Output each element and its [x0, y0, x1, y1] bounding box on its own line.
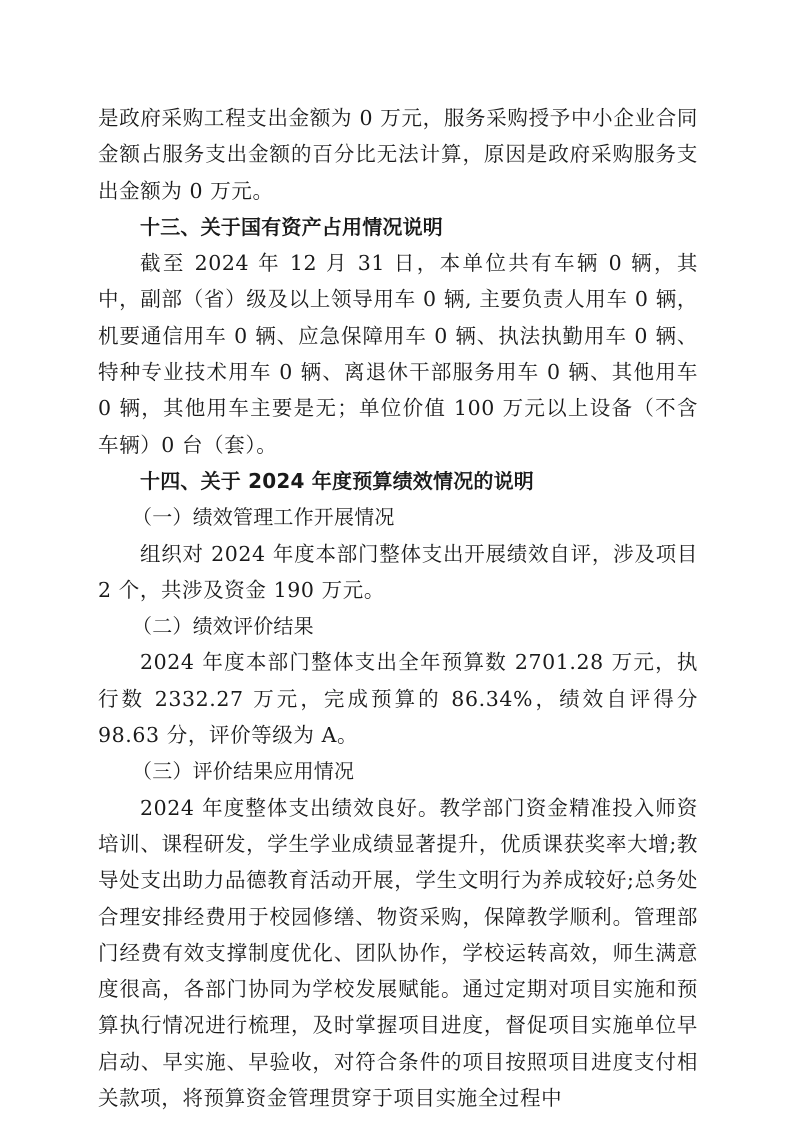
subheading-performance-management: （一）绩效管理工作开展情况 [98, 499, 698, 535]
heading-budget-performance: 十四、关于 2024 年度预算绩效情况的说明 [98, 463, 698, 499]
paragraph-self-evaluation: 组织对 2024 年度本部门整体支出开展绩效自评，涉及项目 2 个，共涉及资金 … [98, 536, 698, 609]
document-page: 是政府采购工程支出金额为 0 万元，服务采购授予中小企业合同金额占服务支出金额的… [98, 100, 698, 1116]
paragraph-procurement-continued: 是政府采购工程支出金额为 0 万元，服务采购授予中小企业合同金额占服务支出金额的… [98, 100, 698, 209]
paragraph-results-application: 2024 年度整体支出绩效良好。教学部门资金精准投入师资培训、课程研发，学生学业… [98, 790, 698, 1117]
subheading-evaluation-results: （二）绩效评价结果 [98, 608, 698, 644]
paragraph-evaluation-results: 2024 年度本部门整体支出全年预算数 2701.28 万元，执行数 2332.… [98, 644, 698, 753]
heading-state-assets: 十三、关于国有资产占用情况说明 [98, 209, 698, 245]
paragraph-vehicles-assets: 截至 2024 年 12 月 31 日，本单位共有车辆 0 辆，其中，副部（省）… [98, 245, 698, 463]
subheading-results-application: （三）评价结果应用情况 [98, 753, 698, 789]
